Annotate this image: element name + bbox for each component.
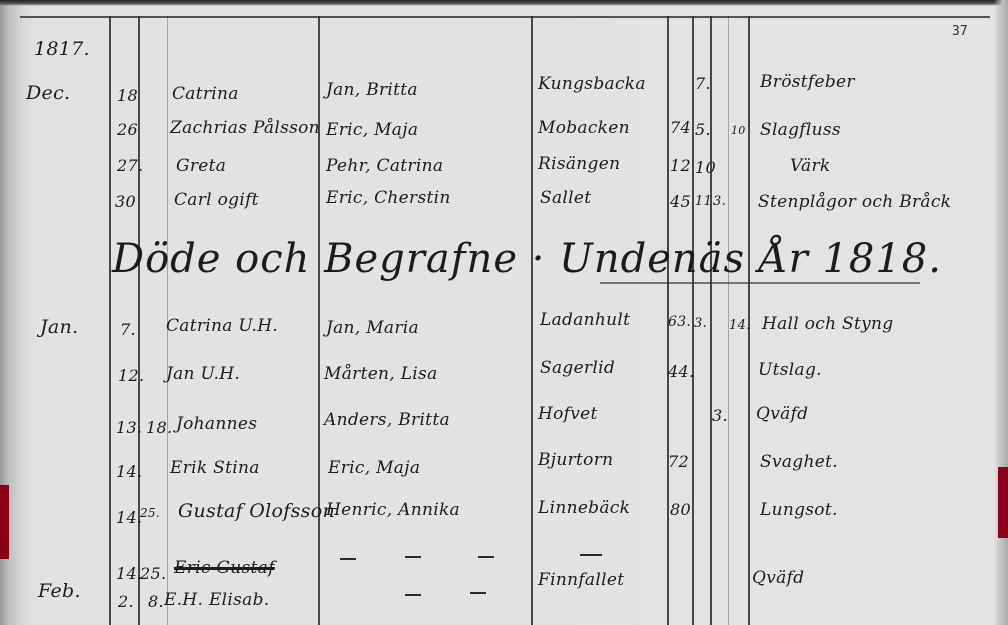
age: 80 xyxy=(670,500,691,519)
parents: Eric, Maja xyxy=(326,120,418,140)
parents: Jan, Britta xyxy=(326,80,418,100)
cause-of-death: Slagfluss xyxy=(760,120,841,140)
months: 7. xyxy=(695,74,711,93)
month-label-dec: Dec. xyxy=(26,82,70,104)
left-page-marker xyxy=(0,485,9,559)
deceased-name: Jan U.H. xyxy=(166,364,240,384)
place: Risängen xyxy=(538,154,620,174)
age: 63. xyxy=(668,314,691,330)
days: 10 xyxy=(731,124,746,137)
place: Sallet xyxy=(540,188,591,208)
place: Bjurtorn xyxy=(538,450,613,470)
place: Finnfallet xyxy=(538,570,624,590)
day: 12. xyxy=(118,366,144,385)
day: 18 xyxy=(117,86,138,105)
parents: Jan, Maria xyxy=(326,318,419,338)
day: 7. xyxy=(120,320,136,339)
column-rule-parents xyxy=(531,16,533,625)
parents: Mårten, Lisa xyxy=(324,364,438,384)
cause-of-death: Bröstfeber xyxy=(760,72,855,92)
page-number: 37 xyxy=(952,24,968,39)
entry-number: 25. xyxy=(140,564,166,583)
cause-of-death: Svaghet. xyxy=(760,452,838,472)
cause-of-death: Qväfd xyxy=(756,404,808,424)
column-rule-date xyxy=(109,16,111,625)
place: Linnebäck xyxy=(538,498,630,518)
age: 12 xyxy=(670,156,691,175)
deceased-name: Carl ogift xyxy=(174,190,259,210)
dash-mark xyxy=(478,556,494,558)
deceased-name-struck: Eric Gustaf xyxy=(174,558,275,578)
dash-mark xyxy=(470,592,486,594)
deceased-name: E.H. Elisab. xyxy=(164,590,269,610)
cause-of-death: Stenplågor och Bråck xyxy=(758,192,951,212)
day: 14. xyxy=(116,564,142,583)
right-page-marker xyxy=(998,467,1008,538)
day: 14. xyxy=(116,508,142,527)
entry-number: 18. xyxy=(146,418,172,437)
day: 27. xyxy=(117,156,143,175)
days: 3. xyxy=(713,194,726,209)
deceased-name: Greta xyxy=(176,156,226,176)
column-rule-day xyxy=(138,16,140,625)
column-rule-months xyxy=(710,16,712,625)
cause-of-death: Hall och Styng xyxy=(762,314,893,334)
heading-underline xyxy=(600,282,920,284)
page-top-edge xyxy=(0,0,1008,6)
day: 26 xyxy=(117,120,138,139)
column-rule-name xyxy=(318,16,320,625)
place: Mobacken xyxy=(538,118,630,138)
months: 5. xyxy=(695,120,711,139)
age: 74 xyxy=(670,118,691,137)
place: Sagerlid xyxy=(540,358,615,378)
cause-of-death: Lungsot. xyxy=(760,500,838,520)
entry-number: 25. xyxy=(140,506,160,520)
parents: Henric, Annika xyxy=(326,500,460,520)
register-heading: Döde och Begrafne · Undenäs År 1818. xyxy=(112,236,942,282)
day: 14. xyxy=(116,462,142,481)
days: 14. xyxy=(729,318,751,333)
months: 10 xyxy=(695,158,716,177)
dash-mark xyxy=(405,594,421,596)
deceased-name: Catrina xyxy=(172,84,239,104)
deceased-name: Zachrias Pålsson xyxy=(170,118,320,138)
place: Ladanhult xyxy=(540,310,630,330)
dash-mark xyxy=(405,556,421,558)
months: 3. xyxy=(694,316,707,331)
place: Kungsbacka xyxy=(538,74,646,94)
deceased-name: Catrina U.H. xyxy=(166,316,278,336)
day: 13. xyxy=(116,418,142,437)
day: 2. xyxy=(118,592,134,611)
day: 30 xyxy=(115,192,136,211)
scanned-register-page: 37 1817. Dec. 18 Catrina Jan, Britta Kun… xyxy=(0,0,1008,625)
cause-of-death: Värk xyxy=(790,156,830,176)
parents: Anders, Britta xyxy=(324,410,450,430)
days: 3. xyxy=(712,406,728,425)
cause-of-death: Qväfd xyxy=(752,568,804,588)
age: 44. xyxy=(668,362,694,381)
dash-mark xyxy=(340,558,356,560)
dash-mark xyxy=(580,554,602,556)
parents: Eric, Cherstin xyxy=(326,188,451,208)
age: 45 xyxy=(670,192,691,211)
parents: Eric, Maja xyxy=(328,458,420,478)
top-rule xyxy=(20,16,990,18)
age: 72 xyxy=(668,452,689,471)
deceased-name: Erik Stina xyxy=(170,458,260,478)
deceased-name: Johannes xyxy=(176,414,257,434)
deceased-name: Gustaf Olofsson xyxy=(178,500,335,522)
entry-number: 8. xyxy=(148,592,164,611)
place: Hofvet xyxy=(538,404,598,424)
month-label-jan: Jan. xyxy=(40,316,78,338)
parents: Pehr, Catrina xyxy=(326,156,443,176)
cause-of-death: Utslag. xyxy=(758,360,822,380)
year-label: 1817. xyxy=(34,38,90,60)
month-label-feb: Feb. xyxy=(38,580,81,602)
